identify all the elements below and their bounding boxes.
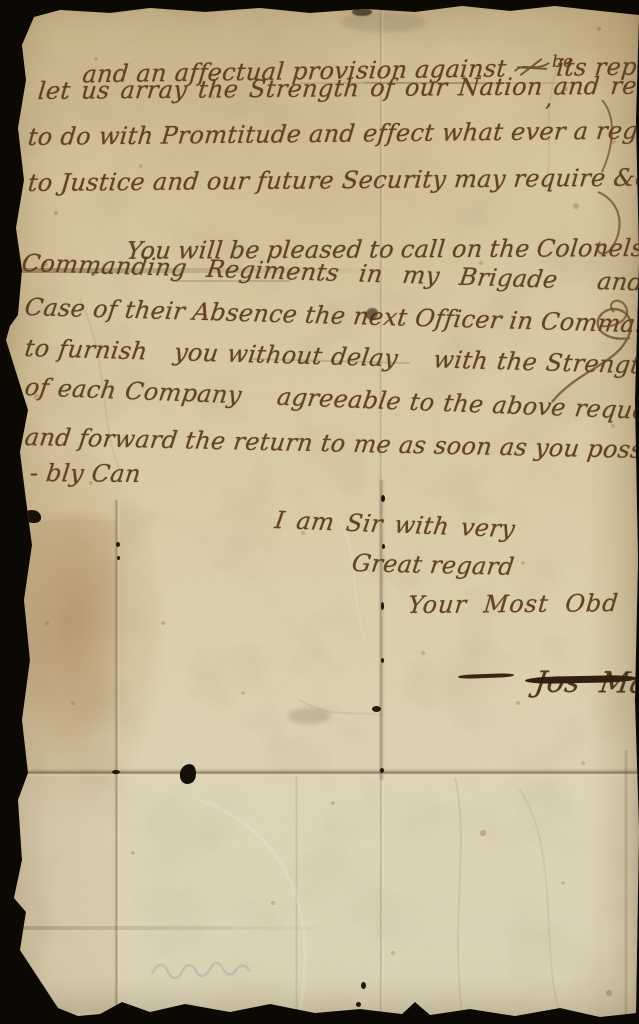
letter-line-2: let us array the Strength of our Nation … — [37, 70, 639, 106]
stitch-hole — [372, 706, 381, 712]
stitch-hole — [361, 982, 366, 989]
flourish-require-tail — [592, 186, 638, 266]
show-through-writing — [148, 952, 268, 988]
closing-line-3: Your Most Obd — [407, 588, 621, 620]
stitch-hole — [116, 542, 120, 547]
stitch-hole — [381, 602, 384, 610]
scanned-letter-page: and an affectual provision against its r… — [0, 0, 639, 1024]
inserted-word-be: be — [552, 52, 574, 72]
stitch-hole — [356, 1002, 361, 1007]
stitch-hole — [381, 495, 385, 502]
letter-paper: and an affectual provision against its r… — [0, 0, 639, 1024]
ink-blot-top-edge — [352, 8, 372, 16]
flourish-ready-tail — [594, 94, 622, 178]
flourish-command-tail — [598, 296, 638, 332]
stitch-hole — [380, 768, 384, 773]
closing-line-2: Great regard — [350, 548, 516, 582]
foxing-specks — [0, 0, 2, 2]
ink-blot-left-edge — [24, 510, 41, 523]
stitch-hole — [117, 556, 120, 560]
letter-line-11: - bly Can — [28, 458, 142, 489]
stitch-hole — [112, 770, 120, 774]
stitch-hole — [381, 658, 384, 663]
letter-line-3: to do with Promtitude and effect what ev… — [27, 115, 639, 152]
stitch-hole — [382, 544, 385, 549]
letter-line-4: to Justice and our future Security may r… — [27, 163, 639, 198]
